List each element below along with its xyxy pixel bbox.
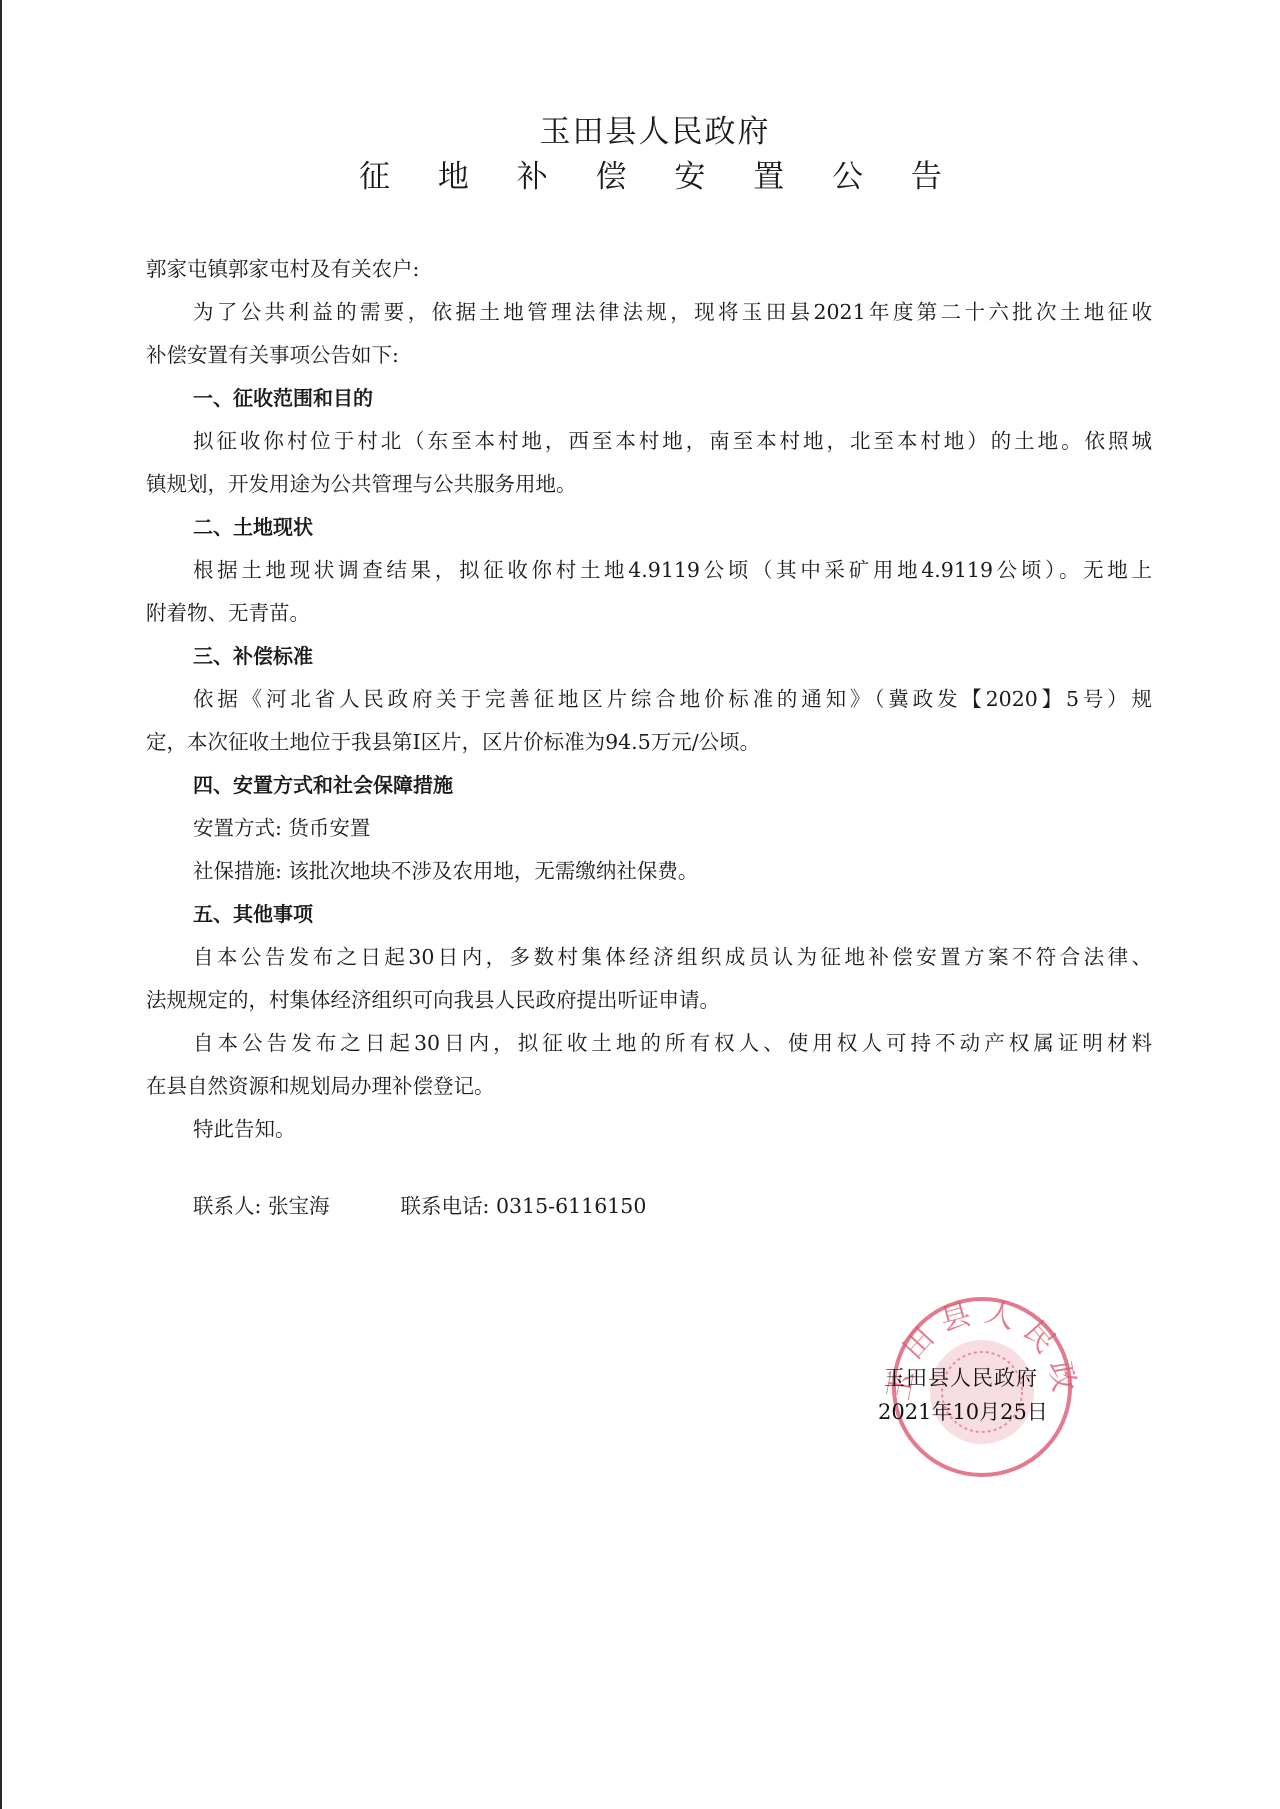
issuer-title: 玉田县人民政府 [30, 112, 1280, 152]
section-3-line-1: 依据《河北省人民政府关于完善征地区片综合地价标准的通知》（冀政发【2020】5号… [193, 685, 1152, 713]
section-2-line-1: 根据土地现状调查结果，拟征收你村土地4.9119公顷（其中采矿用地4.9119公… [193, 556, 1152, 584]
section-1-line-1: 拟征收你村位于村北（东至本村地，西至本村地，南至本村地，北至本村地）的土地。依照… [193, 427, 1152, 455]
contact-person: 张宝海 [268, 1194, 330, 1218]
signature-date: 2021年10月25日 [878, 1395, 1048, 1429]
document-title: 玉田县人民政府 征 地 补 偿 安 置 公 告 [0, 112, 1280, 202]
section-4-line-2: 社保措施: 该批次地块不涉及农用地，无需缴纳社保费。 [193, 857, 698, 885]
section-2-line-2: 附着物、无青苗。 [146, 599, 310, 627]
closing-text: 特此告知。 [193, 1115, 296, 1143]
addressee: 郭家屯镇郭家屯村及有关农户: [146, 255, 419, 283]
contact-info: 联系人: 张宝海 联系电话: 0315-6116150 [193, 1192, 646, 1220]
signature-block: 玉田县人民政府 2021年10月25日 [884, 1361, 1048, 1429]
intro-line-1: 为了公共利益的需要，依据土地管理法律法规，现将玉田县2021年度第二十六批次土地… [193, 298, 1152, 326]
section-5-line-3: 自本公告发布之日起30日内，拟征收土地的所有权人、使用权人可持不动产权属证明材料 [193, 1029, 1152, 1057]
section-5-line-4: 在县自然资源和规划局办理补偿登记。 [146, 1072, 495, 1100]
section-heading-4: 四、安置方式和社会保障措施 [193, 771, 453, 799]
section-5-line-1: 自本公告发布之日起30日内，多数村集体经济组织成员认为征地补偿安置方案不符合法律… [193, 943, 1152, 971]
section-4-line-1: 安置方式: 货币安置 [193, 814, 370, 842]
contact-person-label: 联系人: [193, 1194, 261, 1218]
section-heading-5: 五、其他事项 [193, 900, 313, 928]
page-left-edge [0, 0, 2, 1809]
contact-phone: 0315-6116150 [496, 1194, 646, 1218]
section-heading-1: 一、征收范围和目的 [193, 384, 373, 412]
section-1-line-2: 镇规划，开发用途为公共管理与公共服务用地。 [146, 470, 577, 498]
section-heading-2: 二、土地现状 [193, 513, 313, 541]
section-heading-3: 三、补偿标准 [193, 642, 313, 670]
section-5-line-2: 法规规定的，村集体经济组织可向我县人民政府提出听证申请。 [146, 986, 720, 1014]
intro-line-2: 补偿安置有关事项公告如下: [146, 341, 399, 369]
notice-title: 征 地 补 偿 安 置 公 告 [40, 152, 1280, 202]
section-3-line-2: 定，本次征收土地位于我县第I区片，区片价标准为94.5万元/公顷。 [146, 728, 760, 756]
contact-phone-label: 联系电话: [401, 1194, 490, 1218]
signature-org: 玉田县人民政府 [884, 1361, 1048, 1395]
